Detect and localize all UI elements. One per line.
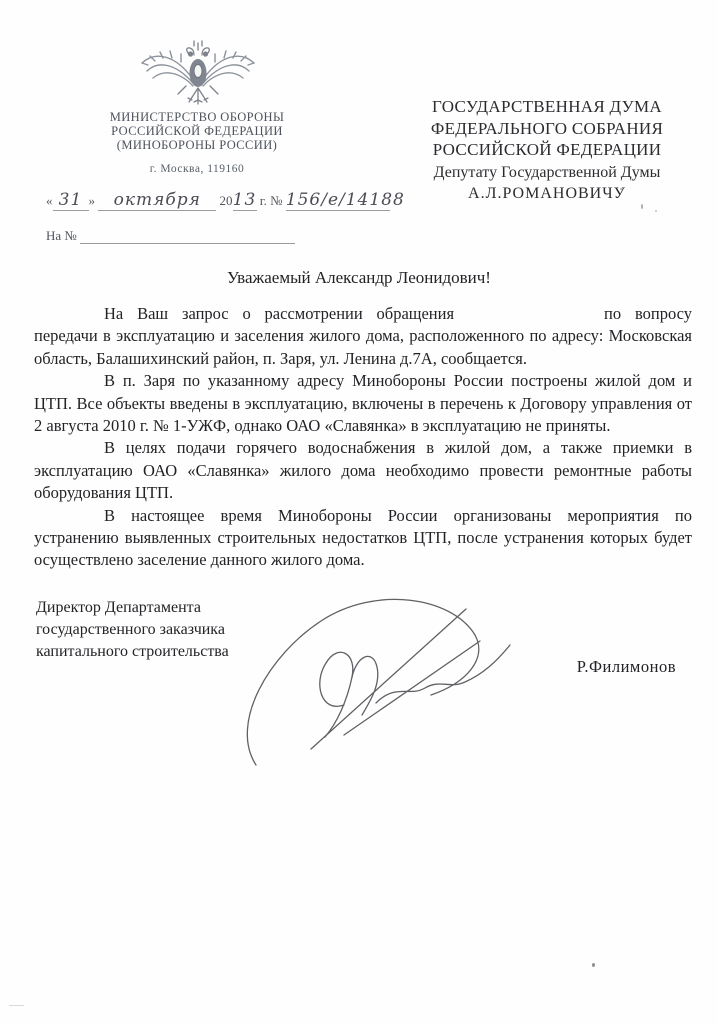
mod-emblem-icon [138,36,258,110]
scan-artifact [620,188,623,190]
signer-name: Р.Филимонов [577,657,676,677]
reply-reference-line: На № [46,228,386,244]
reply-number-blank [80,229,295,244]
recipient-name: А.Л.РОМАНОВИЧУ [382,183,712,204]
ministry-block: МИНИСТЕРСТВО ОБОРОНЫ РОССИЙСКОЙ ФЕДЕРАЦИ… [48,110,346,152]
year-prefix: 20 [220,193,233,208]
reply-label: На № [46,228,77,243]
date-month-handwritten: октября [98,190,216,211]
recipient-title: Депутату Государственной Думы [382,162,712,183]
date-day-handwritten: 31 [53,190,89,211]
ministry-line: (МИНОБОРОНЫ РОССИИ) [48,138,346,152]
year-suffix: г. [260,193,267,208]
scan-artifact [592,963,595,967]
salutation: Уважаемый Александр Леонидович! [0,268,718,288]
scanned-letter-page: МИНИСТЕРСТВО ОБОРОНЫ РОССИЙСКОЙ ФЕДЕРАЦИ… [0,0,718,1024]
ministry-line: РОССИЙСКОЙ ФЕДЕРАЦИИ [48,124,346,138]
scan-artifact [641,204,643,209]
recipient-org-line: РОССИЙСКОЙ ФЕДЕРАЦИИ [382,139,712,161]
paragraph-2: В п. Заря по указанному адресу Миноборон… [34,370,692,437]
outgoing-number-handwritten: 156/е/14188 [286,190,390,211]
quote-close: » [89,193,96,208]
paragraph-4: В настоящее время Минобороны России орга… [34,505,692,572]
scan-artifact [9,1005,24,1006]
number-sign: № [270,193,282,208]
outgoing-reference-line: «31» октября 2013 г. № 156/е/14188 [46,190,386,211]
ministry-address: г. Москва, 119160 [48,163,346,175]
paragraph-1: На Ваш запрос о рассмотрении обращенияпо… [34,303,692,370]
ministry-line: МИНИСТЕРСТВО ОБОРОНЫ [48,110,346,124]
recipient-block: ГОСУДАРСТВЕННАЯ ДУМА ФЕДЕРАЛЬНОГО СОБРАН… [382,96,712,204]
paragraph-1-before-gap: На Ваш запрос о рассмотрении обращения [104,304,454,323]
handwritten-signature [226,583,518,779]
paragraph-3: В целях подачи горячего водоснабжения в … [34,437,692,504]
date-year-handwritten: 13 [233,190,257,211]
recipient-org-line: ФЕДЕРАЛЬНОГО СОБРАНИЯ [382,118,712,140]
recipient-org-line: ГОСУДАРСТВЕННАЯ ДУМА [382,96,712,118]
scan-artifact [655,210,657,212]
letter-body: На Ваш запрос о рассмотрении обращенияпо… [34,303,692,572]
